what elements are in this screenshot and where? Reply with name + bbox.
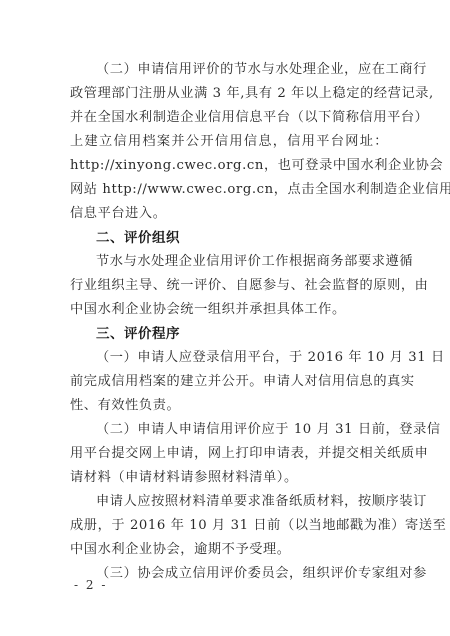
paragraph-line: （三）协会成立信用评价委员会，组织评价专家组对参 — [70, 562, 388, 586]
section-heading-evaluation-procedure: 三、评价程序 — [70, 322, 388, 346]
url-line: 网站 http://www.cwec.org.cn，点击全国水利制造企业信用 — [70, 178, 388, 202]
paragraph-line: 并在全国水利制造企业信用信息平台（以下简称信用平台） — [70, 106, 388, 130]
paragraph-line: 信息平台进入。 — [70, 202, 388, 226]
paragraph-line: 中国水利企业协会统一组织并承担具体工作。 — [70, 298, 388, 322]
paragraph-line: 行业组织主导、统一评价、自愿参与、社会监督的原则，由 — [70, 274, 388, 298]
paragraph-line: 成册，于 2016 年 10 月 31 日前（以当地邮戳为准）寄送至 — [70, 514, 388, 538]
page-number: - 2 - — [74, 578, 107, 592]
paragraph-line: （二）申请信用评价的节水与水处理企业，应在工商行 — [70, 58, 388, 82]
paragraph-line: 性、有效性负责。 — [70, 394, 388, 418]
section-heading-evaluation-organization: 二、评价组织 — [70, 226, 388, 250]
document-body: （二）申请信用评价的节水与水处理企业，应在工商行 政管理部门注册从业满 3 年,… — [70, 58, 388, 586]
document-page: （二）申请信用评价的节水与水处理企业，应在工商行 政管理部门注册从业满 3 年,… — [0, 0, 450, 636]
paragraph-line: 请材料（申请材料请参照材料清单）。 — [70, 466, 388, 490]
paragraph-line: 上建立信用档案并公开信用信息，信用平台网址： — [70, 130, 388, 154]
paragraph-line: 节水与水处理企业信用评价工作根据商务部要求遵循 — [70, 250, 388, 274]
paragraph-line: （二）申请人申请信用评价应于 10 月 31 日前，登录信 — [70, 418, 388, 442]
paragraph-line: 政管理部门注册从业满 3 年,具有 2 年以上稳定的经营记录, — [70, 82, 388, 106]
paragraph-line: 申请人应按照材料清单要求准备纸质材料，按顺序装订 — [70, 490, 388, 514]
url-line: http://xinyong.cwec.org.cn，也可登录中国水利企业协会 — [70, 154, 388, 178]
paragraph-line: 前完成信用档案的建立并公开。申请人对信用信息的真实 — [70, 370, 388, 394]
paragraph-line: 用平台提交网上申请，网上打印申请表，并提交相关纸质申 — [70, 442, 388, 466]
paragraph-line: 中国水利企业协会，逾期不予受理。 — [70, 538, 388, 562]
paragraph-line: （一）申请人应登录信用平台，于 2016 年 10 月 31 日 — [70, 346, 388, 370]
